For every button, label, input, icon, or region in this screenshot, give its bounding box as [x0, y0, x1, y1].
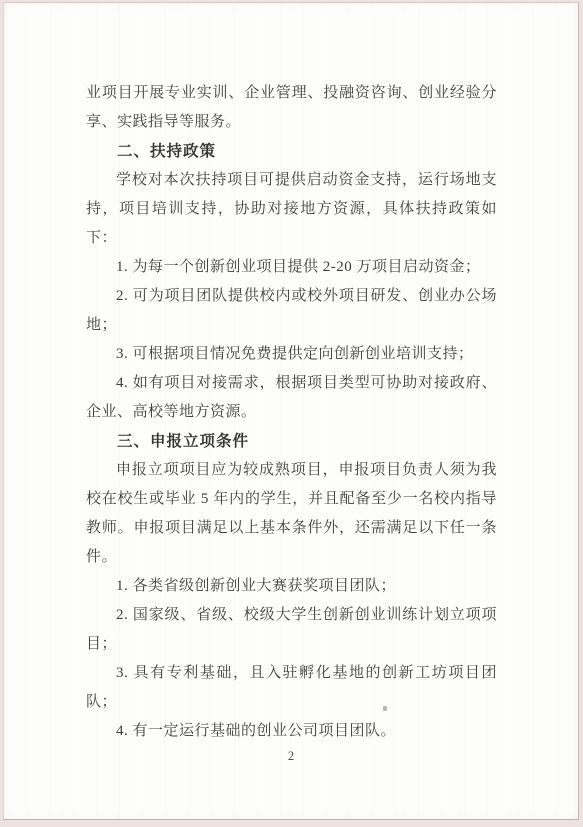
paragraph: 申报立项项目应为较成熟项目，申报项目负责人须为我校在校生或毕业 5 年内的学生，…	[86, 456, 497, 572]
list-item: 3. 具有专利基础，且入驻孵化基地的创新工坊项目团队；	[86, 659, 497, 717]
list-item: 3. 可根据项目情况免费提供定向创新创业培训支持；	[86, 340, 497, 369]
list-item: 2. 国家级、省级、校级大学生创新创业训练计划立项项目；	[86, 601, 497, 659]
paragraph: 业项目开展专业实训、企业管理、投融资咨询、创业经验分享、实践指导等服务。	[86, 79, 497, 137]
list-item: 4. 有一定运行基础的创业公司项目团队。	[86, 717, 497, 746]
page-number: 2	[4, 749, 578, 764]
list-item: 1. 为每一个创新创业项目提供 2-20 万项目启动资金；	[86, 253, 497, 282]
list-item: 2. 可为项目团队提供校内或校外项目研发、创业办公场地；	[86, 282, 497, 340]
list-item: 4. 如有项目对接需求，根据项目类型可协助对接政府、企业、高校等地方资源。	[86, 369, 497, 427]
section-heading-support-policy: 二、扶持政策	[86, 137, 497, 166]
document-page: 业项目开展专业实训、企业管理、投融资咨询、创业经验分享、实践指导等服务。 二、扶…	[3, 2, 579, 820]
page-content: 业项目开展专业实训、企业管理、投融资咨询、创业经验分享、实践指导等服务。 二、扶…	[86, 79, 497, 746]
list-item: 1. 各类省级创新创业大赛获奖项目团队；	[86, 572, 497, 601]
scan-artifact	[383, 706, 387, 711]
section-heading-application-conditions: 三、申报立项条件	[86, 427, 497, 456]
scanned-document: 业项目开展专业实训、企业管理、投融资咨询、创业经验分享、实践指导等服务。 二、扶…	[0, 0, 583, 827]
paragraph: 学校对本次扶持项目可提供启动资金支持，运行场地支持，项目培训支持，协助对接地方资…	[86, 166, 497, 253]
